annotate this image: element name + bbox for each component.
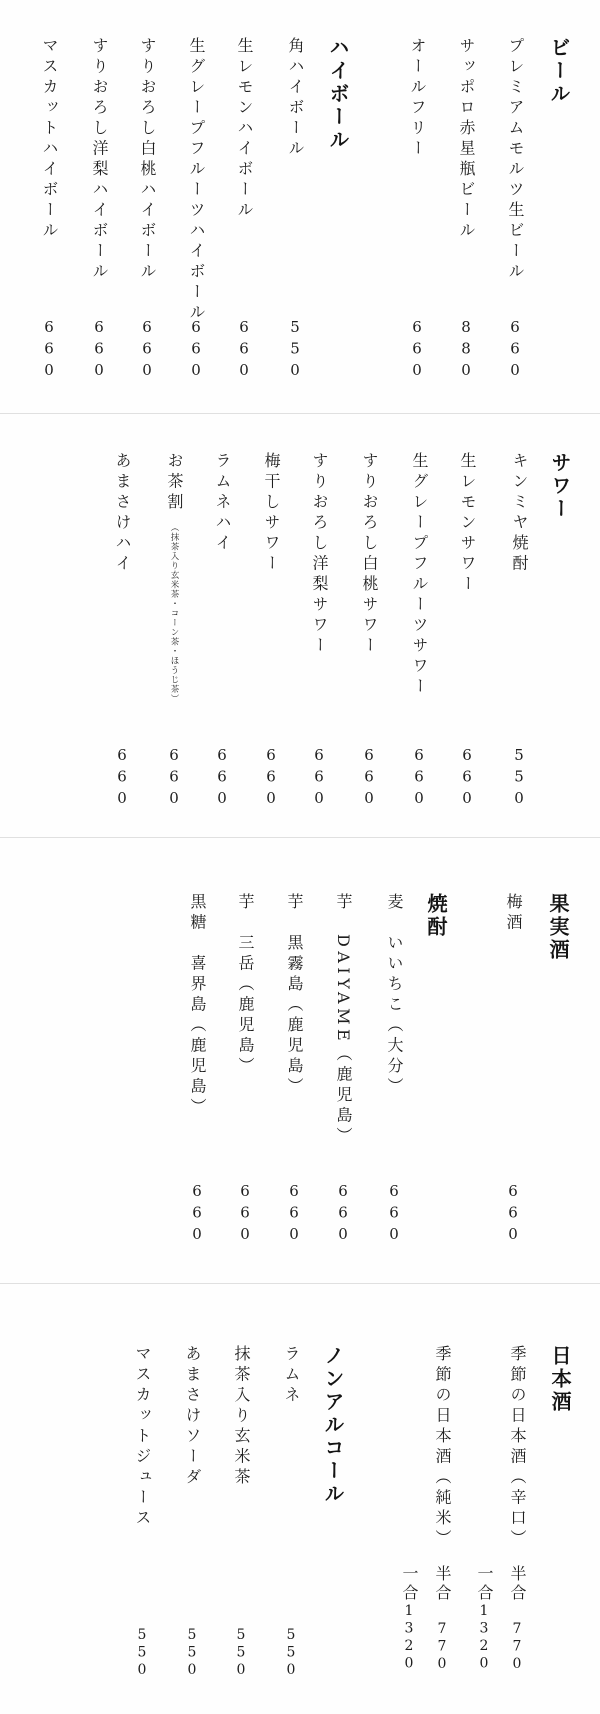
group-header-sake: 日本酒: [547, 1345, 573, 1697]
menu-item: 芋 三岳（鹿児島） 660: [233, 893, 257, 1245]
item-price: 660: [382, 1182, 406, 1247]
item-note: （抹茶入り玄米茶・コーン茶・ほうじ茶）: [169, 523, 179, 704]
section-fruit-shochu: 果実酒 梅酒 660 焼酎 麦 いいちこ（大分） 660 芋 DAIYAME（鹿…: [0, 837, 600, 1283]
item-price: 660: [503, 318, 527, 383]
item-price: 660: [135, 318, 159, 383]
item-price: 660: [407, 746, 431, 811]
group-header-fruit-liquor: 果実酒: [545, 893, 571, 1245]
group-header-beer: ビール: [546, 37, 572, 389]
item-price: 660: [233, 1182, 257, 1247]
item-name: あまさけハイ: [113, 452, 132, 575]
menu-item: 芋 DAIYAME（鹿児島） 660: [331, 893, 355, 1245]
menu-item: 生レモンハイボール 660: [232, 37, 256, 389]
menu-item: 黒糖 喜界島（鹿児島） 660: [185, 893, 209, 1245]
item-price: 880: [454, 318, 478, 383]
item-price: 660: [185, 1182, 209, 1247]
menu-item: マスカットジュース 550: [130, 1345, 154, 1697]
item-price: 660: [37, 318, 61, 383]
menu-item: 梅酒 660: [501, 893, 525, 1245]
item-price: 550: [130, 1627, 154, 1680]
menu-item: 生グレープフルーツサワー 660: [407, 452, 431, 804]
item-name: ラムネハイ: [213, 452, 232, 555]
menu-item: すりおろし洋梨ハイボール 660: [87, 37, 111, 389]
item-price: 660: [232, 318, 256, 383]
item-price: 770: [430, 1621, 454, 1674]
item-name: キンミヤ焼酎: [510, 452, 529, 575]
item-price: 660: [87, 318, 111, 383]
item-name: ラムネ: [282, 1345, 301, 1407]
price-half-go: 半合 770: [505, 1565, 529, 1673]
menu-item: 季節の日本酒（純米） 半合 770 一合 1320: [430, 1345, 454, 1697]
item-price: 660: [210, 746, 234, 811]
item-name: 抹茶入り玄米茶: [232, 1345, 251, 1489]
item-name: 黒糖 喜界島（鹿児島）: [188, 893, 207, 1119]
menu-item: 抹茶入り玄米茶 550: [229, 1345, 253, 1697]
menu-item: ラムネハイ 660: [210, 452, 234, 804]
item-price: 660: [110, 746, 134, 811]
item-name: 麦 いいちこ（大分）: [385, 893, 404, 1098]
item-price: 660: [405, 318, 429, 383]
item-price: 550: [283, 318, 307, 383]
menu-item: キンミヤ焼酎 550: [507, 452, 531, 804]
item-name: オールフリー: [408, 37, 427, 160]
menu-item: 芋 黒霧島（鹿児島） 660: [282, 893, 306, 1245]
menu-item: オールフリー 660: [405, 37, 429, 389]
item-price: 660: [331, 1182, 355, 1247]
item-price: 550: [180, 1627, 204, 1680]
group-header-sour: サワー: [547, 452, 573, 804]
menu-item: お茶割 （抹茶入り玄米茶・コーン茶・ほうじ茶） 660: [162, 452, 186, 804]
item-name: 芋 黒霧島（鹿児島）: [285, 893, 304, 1098]
item-price: 660: [307, 746, 331, 811]
item-price: 660: [282, 1182, 306, 1247]
item-price: 660: [162, 746, 186, 811]
item-name: プレミアムモルツ生ビール: [506, 37, 525, 283]
menu-item: あまさけソーダ 550: [180, 1345, 204, 1697]
item-price: 1320: [397, 1603, 421, 1673]
price-size-label: 半合: [505, 1565, 529, 1603]
menu-item: あまさけハイ 660: [110, 452, 134, 804]
menu-item: 季節の日本酒（辛口） 半合 770 一合 1320: [505, 1345, 529, 1697]
item-name: お茶割: [165, 452, 184, 514]
price-half-go: 半合 770: [430, 1565, 454, 1673]
group-header-nonalcohol: ノンアルコール: [320, 1345, 346, 1697]
item-name: あまさけソーダ: [183, 1345, 202, 1489]
item-price: 660: [259, 746, 283, 811]
item-price: 660: [455, 746, 479, 811]
menu-item: 生レモンサワー 660: [455, 452, 479, 804]
price-one-go: 一合 1320: [397, 1565, 421, 1673]
item-name: マスカットジュース: [133, 1345, 152, 1530]
item-name: 生グレープフルーツハイボール: [187, 37, 206, 324]
item-name: すりおろし白桃ハイボール: [138, 37, 157, 283]
section-beer-highball: ビール プレミアムモルツ生ビール 660 サッポロ赤星瓶ビール 880 オールフ…: [0, 0, 600, 413]
price-size-label: 一合: [472, 1565, 496, 1603]
item-name: すりおろし洋梨サワー: [310, 452, 329, 657]
item-name: 梅干しサワー: [262, 452, 281, 575]
item-name: 季節の日本酒（辛口）: [508, 1345, 527, 1550]
item-price: 550: [507, 746, 531, 811]
price-size-label: 一合: [397, 1565, 421, 1603]
menu-item: マスカットハイボール 660: [37, 37, 61, 389]
item-name: 芋 三岳（鹿児島）: [236, 893, 255, 1078]
item-name: 生レモンサワー: [458, 452, 477, 596]
item-name: 生レモンハイボール: [235, 37, 254, 222]
menu-item: 梅干しサワー 660: [259, 452, 283, 804]
drink-menu: ビール プレミアムモルツ生ビール 660 サッポロ赤星瓶ビール 880 オールフ…: [0, 0, 600, 1714]
item-price: 660: [184, 318, 208, 383]
menu-item: すりおろし洋梨サワー 660: [307, 452, 331, 804]
menu-item: すりおろし白桃ハイボール 660: [135, 37, 159, 389]
menu-item: ラムネ 550: [279, 1345, 303, 1697]
group-header-highball: ハイボール: [325, 37, 351, 389]
item-name: すりおろし洋梨ハイボール: [90, 37, 109, 283]
item-price: 660: [501, 1182, 525, 1247]
item-name: すりおろし白桃サワー: [360, 452, 379, 657]
menu-item: 生グレープフルーツハイボール 660: [184, 37, 208, 389]
price-size-label: 半合: [430, 1565, 454, 1603]
item-price: 550: [229, 1627, 253, 1680]
menu-item: すりおろし白桃サワー 660: [357, 452, 381, 804]
item-name: 生グレープフルーツサワー: [410, 452, 429, 698]
item-name: 角ハイボール: [286, 37, 305, 160]
item-name: 梅酒: [504, 893, 523, 934]
section-sake-nonalcohol: 日本酒 季節の日本酒（辛口） 半合 770 一合 1320 季節の日本酒（純米）…: [0, 1283, 600, 1714]
item-price: 770: [505, 1621, 529, 1674]
group-header-shochu: 焼酎: [423, 893, 449, 1245]
item-price: 550: [279, 1627, 303, 1680]
menu-item: 角ハイボール 550: [283, 37, 307, 389]
menu-item: サッポロ赤星瓶ビール 880: [454, 37, 478, 389]
item-name: 芋 DAIYAME（鹿児島）: [334, 893, 353, 1148]
item-name: サッポロ赤星瓶ビール: [457, 37, 476, 242]
item-price: 660: [357, 746, 381, 811]
item-name: マスカットハイボール: [40, 37, 59, 242]
menu-item: 麦 いいちこ（大分） 660: [382, 893, 406, 1245]
item-price-group: 半合 770 一合 1320: [397, 1565, 454, 1673]
item-name: 季節の日本酒（純米）: [433, 1345, 452, 1550]
item-price: 1320: [472, 1603, 496, 1673]
price-one-go: 一合 1320: [472, 1565, 496, 1673]
section-sour: サワー キンミヤ焼酎 550 生レモンサワー 660 生グレープフルーツサワー …: [0, 413, 600, 837]
menu-item: プレミアムモルツ生ビール 660: [503, 37, 527, 389]
item-price-group: 半合 770 一合 1320: [472, 1565, 529, 1673]
